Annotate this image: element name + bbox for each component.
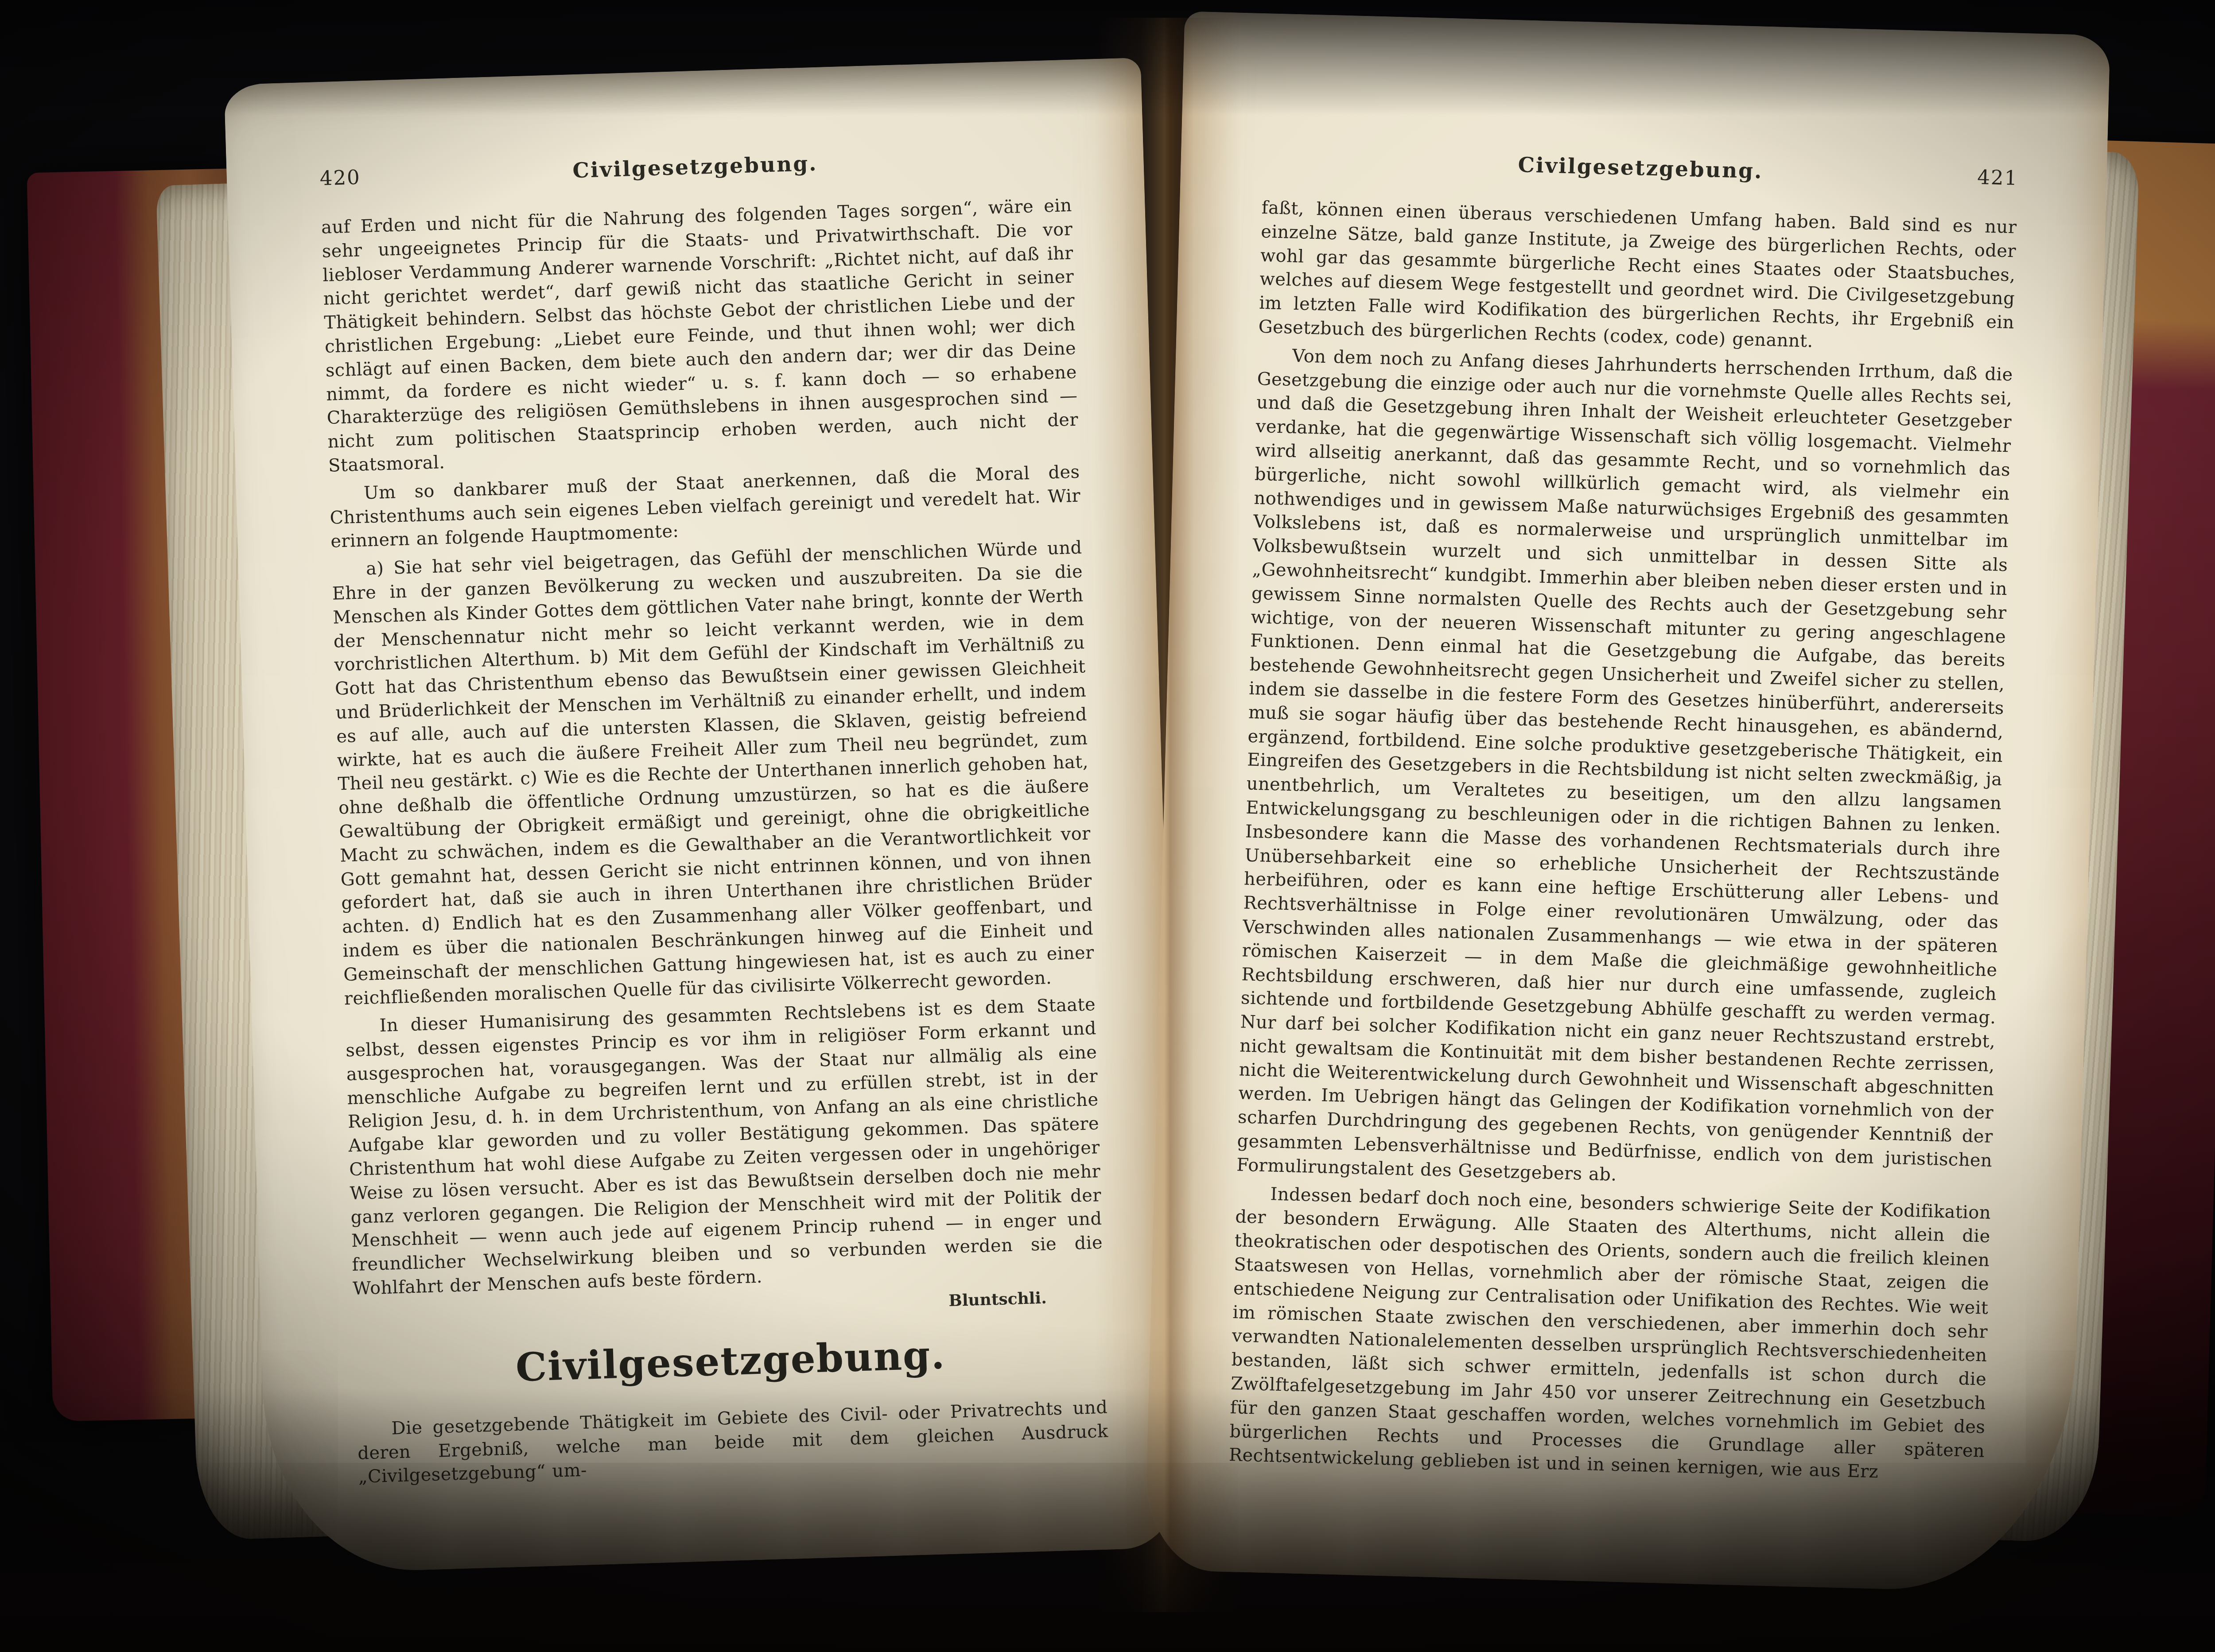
section-heading: Civilgesetzgebung.	[354, 1327, 1106, 1395]
paragraph: a) Sie hat sehr viel beigetragen, das Ge…	[331, 536, 1095, 1011]
book-page-right: Civilgesetzgebung. 421 faßt, können eine…	[1144, 11, 2110, 1594]
page-number: 420	[319, 164, 417, 190]
page-number: 421	[1920, 164, 2018, 190]
running-header: Civilgesetzgebung.	[1360, 149, 1921, 188]
paragraph: In dieser Humanisirung des gesammten Rec…	[345, 993, 1104, 1301]
paragraph: auf Erden und nicht für die Nahrung des …	[321, 194, 1079, 478]
running-header: Civilgesetzgebung.	[417, 147, 973, 187]
paragraph: faßt, können einen überaus verschiedenen…	[1258, 196, 2017, 359]
page-header-left: 420 Civilgesetzgebung.	[319, 144, 1071, 190]
page-header-spacer	[1263, 165, 1360, 168]
book-photo: 420 Civilgesetzgebung. auf Erden und nic…	[0, 0, 2215, 1652]
paragraph: Indessen bedarf doch noch eine, besonder…	[1228, 1182, 1991, 1487]
paragraph: Die gesetzgebende Thätigkeit im Gebiete …	[357, 1396, 1109, 1489]
paragraph: Von dem noch zu Anfang dieses Jahrhunder…	[1236, 344, 2013, 1197]
page-header-spacer	[973, 163, 1071, 166]
page-header-right: Civilgesetzgebung. 421	[1263, 146, 2018, 190]
book-page-left: 420 Civilgesetzgebung. auf Erden und nic…	[224, 58, 1185, 1574]
